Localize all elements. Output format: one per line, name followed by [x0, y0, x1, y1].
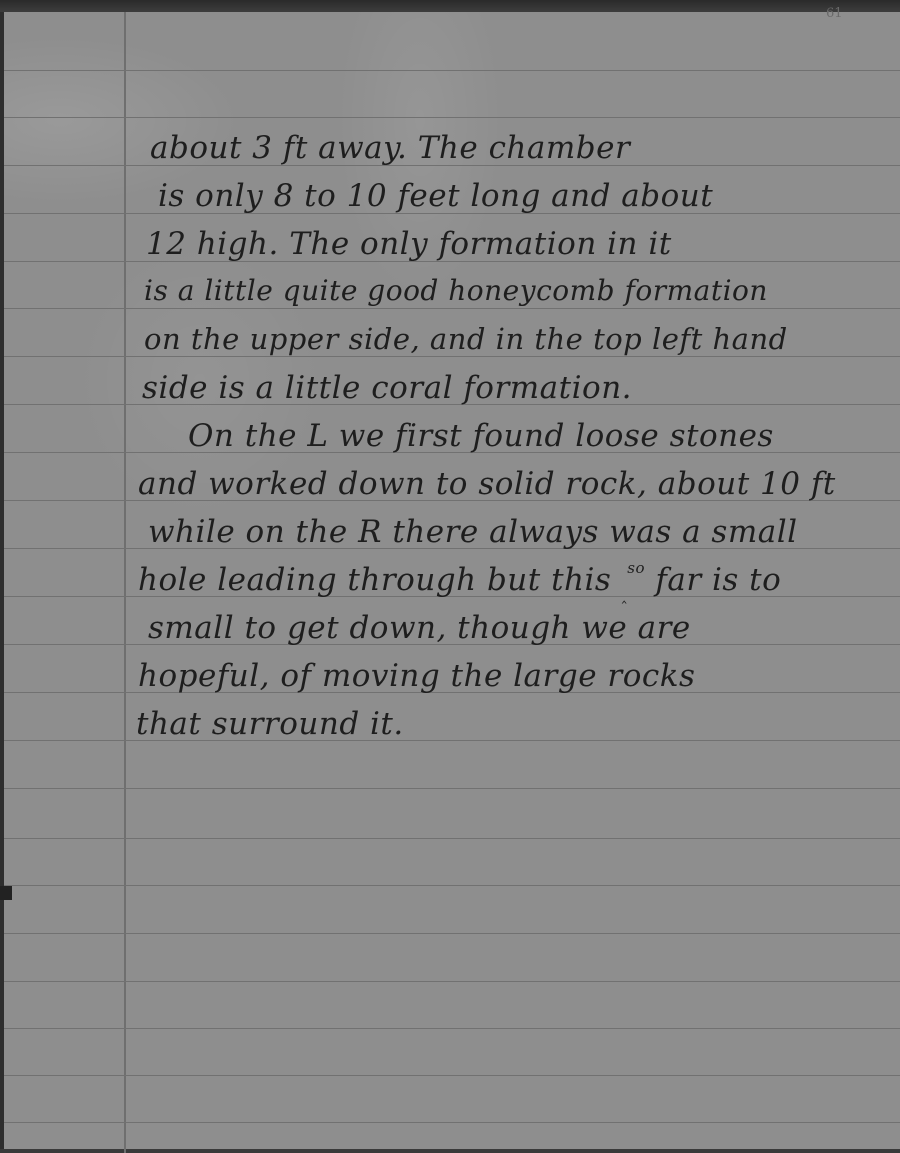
ruled-line [4, 838, 900, 839]
handwritten-line-12: hopeful, of moving the large rocks [138, 658, 695, 694]
notebook-page: 61 about 3 ft away. The chamber is only … [0, 0, 900, 1153]
ruled-line [4, 117, 900, 118]
handwritten-line-8: and worked down to solid rock, about 10 … [138, 466, 836, 502]
handwritten-line-3: 12 high. The only formation in it [146, 226, 672, 262]
ruled-line [4, 885, 900, 886]
ruled-line [4, 1122, 900, 1123]
handwritten-line-4: is a little quite good honeycomb formati… [144, 274, 768, 307]
ruled-line [4, 308, 900, 309]
ruled-line [4, 981, 900, 982]
ruled-line [4, 933, 900, 934]
page-bottom-edge [0, 1149, 900, 1153]
inserted-word: so [627, 559, 645, 577]
handwritten-line-1: about 3 ft away. The chamber [150, 130, 630, 166]
ruled-line [4, 788, 900, 789]
page-top-edge [0, 0, 900, 12]
handwritten-line-9: while on the R there always was a small [148, 514, 798, 550]
handwritten-line-11: small to get down, though we are [148, 610, 691, 646]
binding-tab [0, 886, 12, 900]
handwritten-line-6: side is a little coral formation. [142, 370, 632, 406]
ruled-line [4, 356, 900, 357]
ruled-line [4, 1028, 900, 1029]
line-10-text-before: hole leading through but this [138, 562, 622, 598]
page-number: 61 [826, 6, 843, 21]
handwritten-line-13: that surround it. [136, 706, 404, 742]
handwritten-line-10: hole leading through but this ‸so far is… [138, 562, 781, 598]
handwritten-line-7: On the L we first found loose stones [188, 418, 774, 454]
handwritten-line-2: is only 8 to 10 feet long and about [158, 178, 713, 214]
ruled-line [4, 70, 900, 71]
line-10-text-after: far is to [655, 562, 781, 598]
insertion-caret: ‸ [622, 586, 628, 604]
ruled-line [4, 1075, 900, 1076]
handwritten-line-5: on the upper side, and in the top left h… [144, 322, 788, 356]
